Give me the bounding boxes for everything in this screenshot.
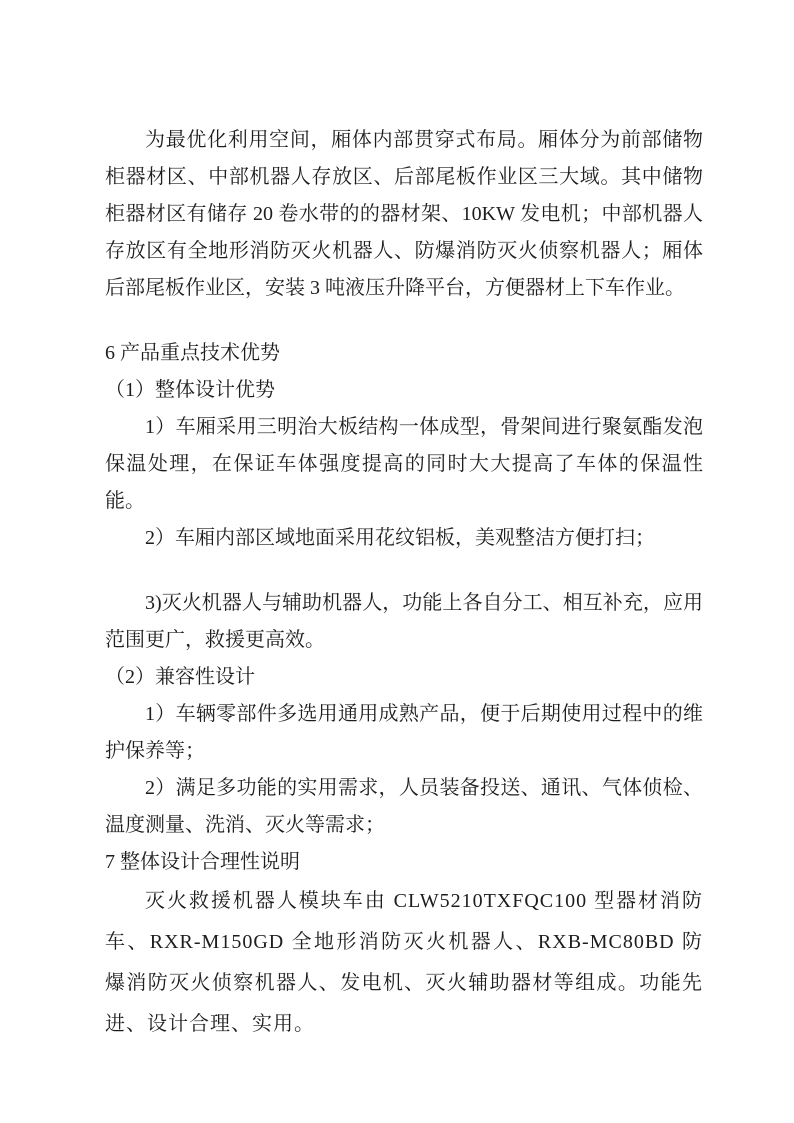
closing-paragraph: 灭火救援机器人模块车由 CLW5210TXFQC100 型器材消防车、RXR-M… (105, 881, 703, 1045)
page-content: 为最优化利用空间，厢体内部贯穿式布局。厢体分为前部储物柜器材区、中部机器人存放区… (105, 122, 703, 1045)
paragraph-spacer (105, 557, 703, 585)
list-item-design-3: 3)灭火机器人与辅助机器人，功能上各自分工、相互补充，应用范围更广，救援更高效。 (105, 585, 703, 659)
list-item-design-2: 2）车厢内部区域地面采用花纹铝板，美观整洁方便打扫； (105, 520, 703, 557)
document-page: 为最优化利用空间，厢体内部贯穿式布局。厢体分为前部储物柜器材区、中部机器人存放区… (0, 0, 794, 1123)
intro-paragraph: 为最优化利用空间，厢体内部贯穿式布局。厢体分为前部储物柜器材区、中部机器人存放区… (105, 122, 703, 307)
paragraph-spacer (105, 307, 703, 335)
list-item-compat-1: 1）车辆零部件多选用通用成熟产品，便于后期使用过程中的维护保养等； (105, 696, 703, 770)
heading-section-6-sub-2: （2）兼容性设计 (105, 659, 703, 696)
heading-section-7: 7 整体设计合理性说明 (105, 844, 703, 881)
list-item-compat-2: 2）满足多功能的实用需求，人员装备投送、通讯、气体侦检、温度测量、洗消、灭火等需… (105, 770, 703, 844)
heading-section-6: 6 产品重点技术优势 (105, 335, 703, 372)
list-item-design-1: 1）车厢采用三明治大板结构一体成型，骨架间进行聚氨酯发泡保温处理，在保证车体强度… (105, 409, 703, 520)
heading-section-6-sub-1: （1）整体设计优势 (105, 372, 703, 409)
